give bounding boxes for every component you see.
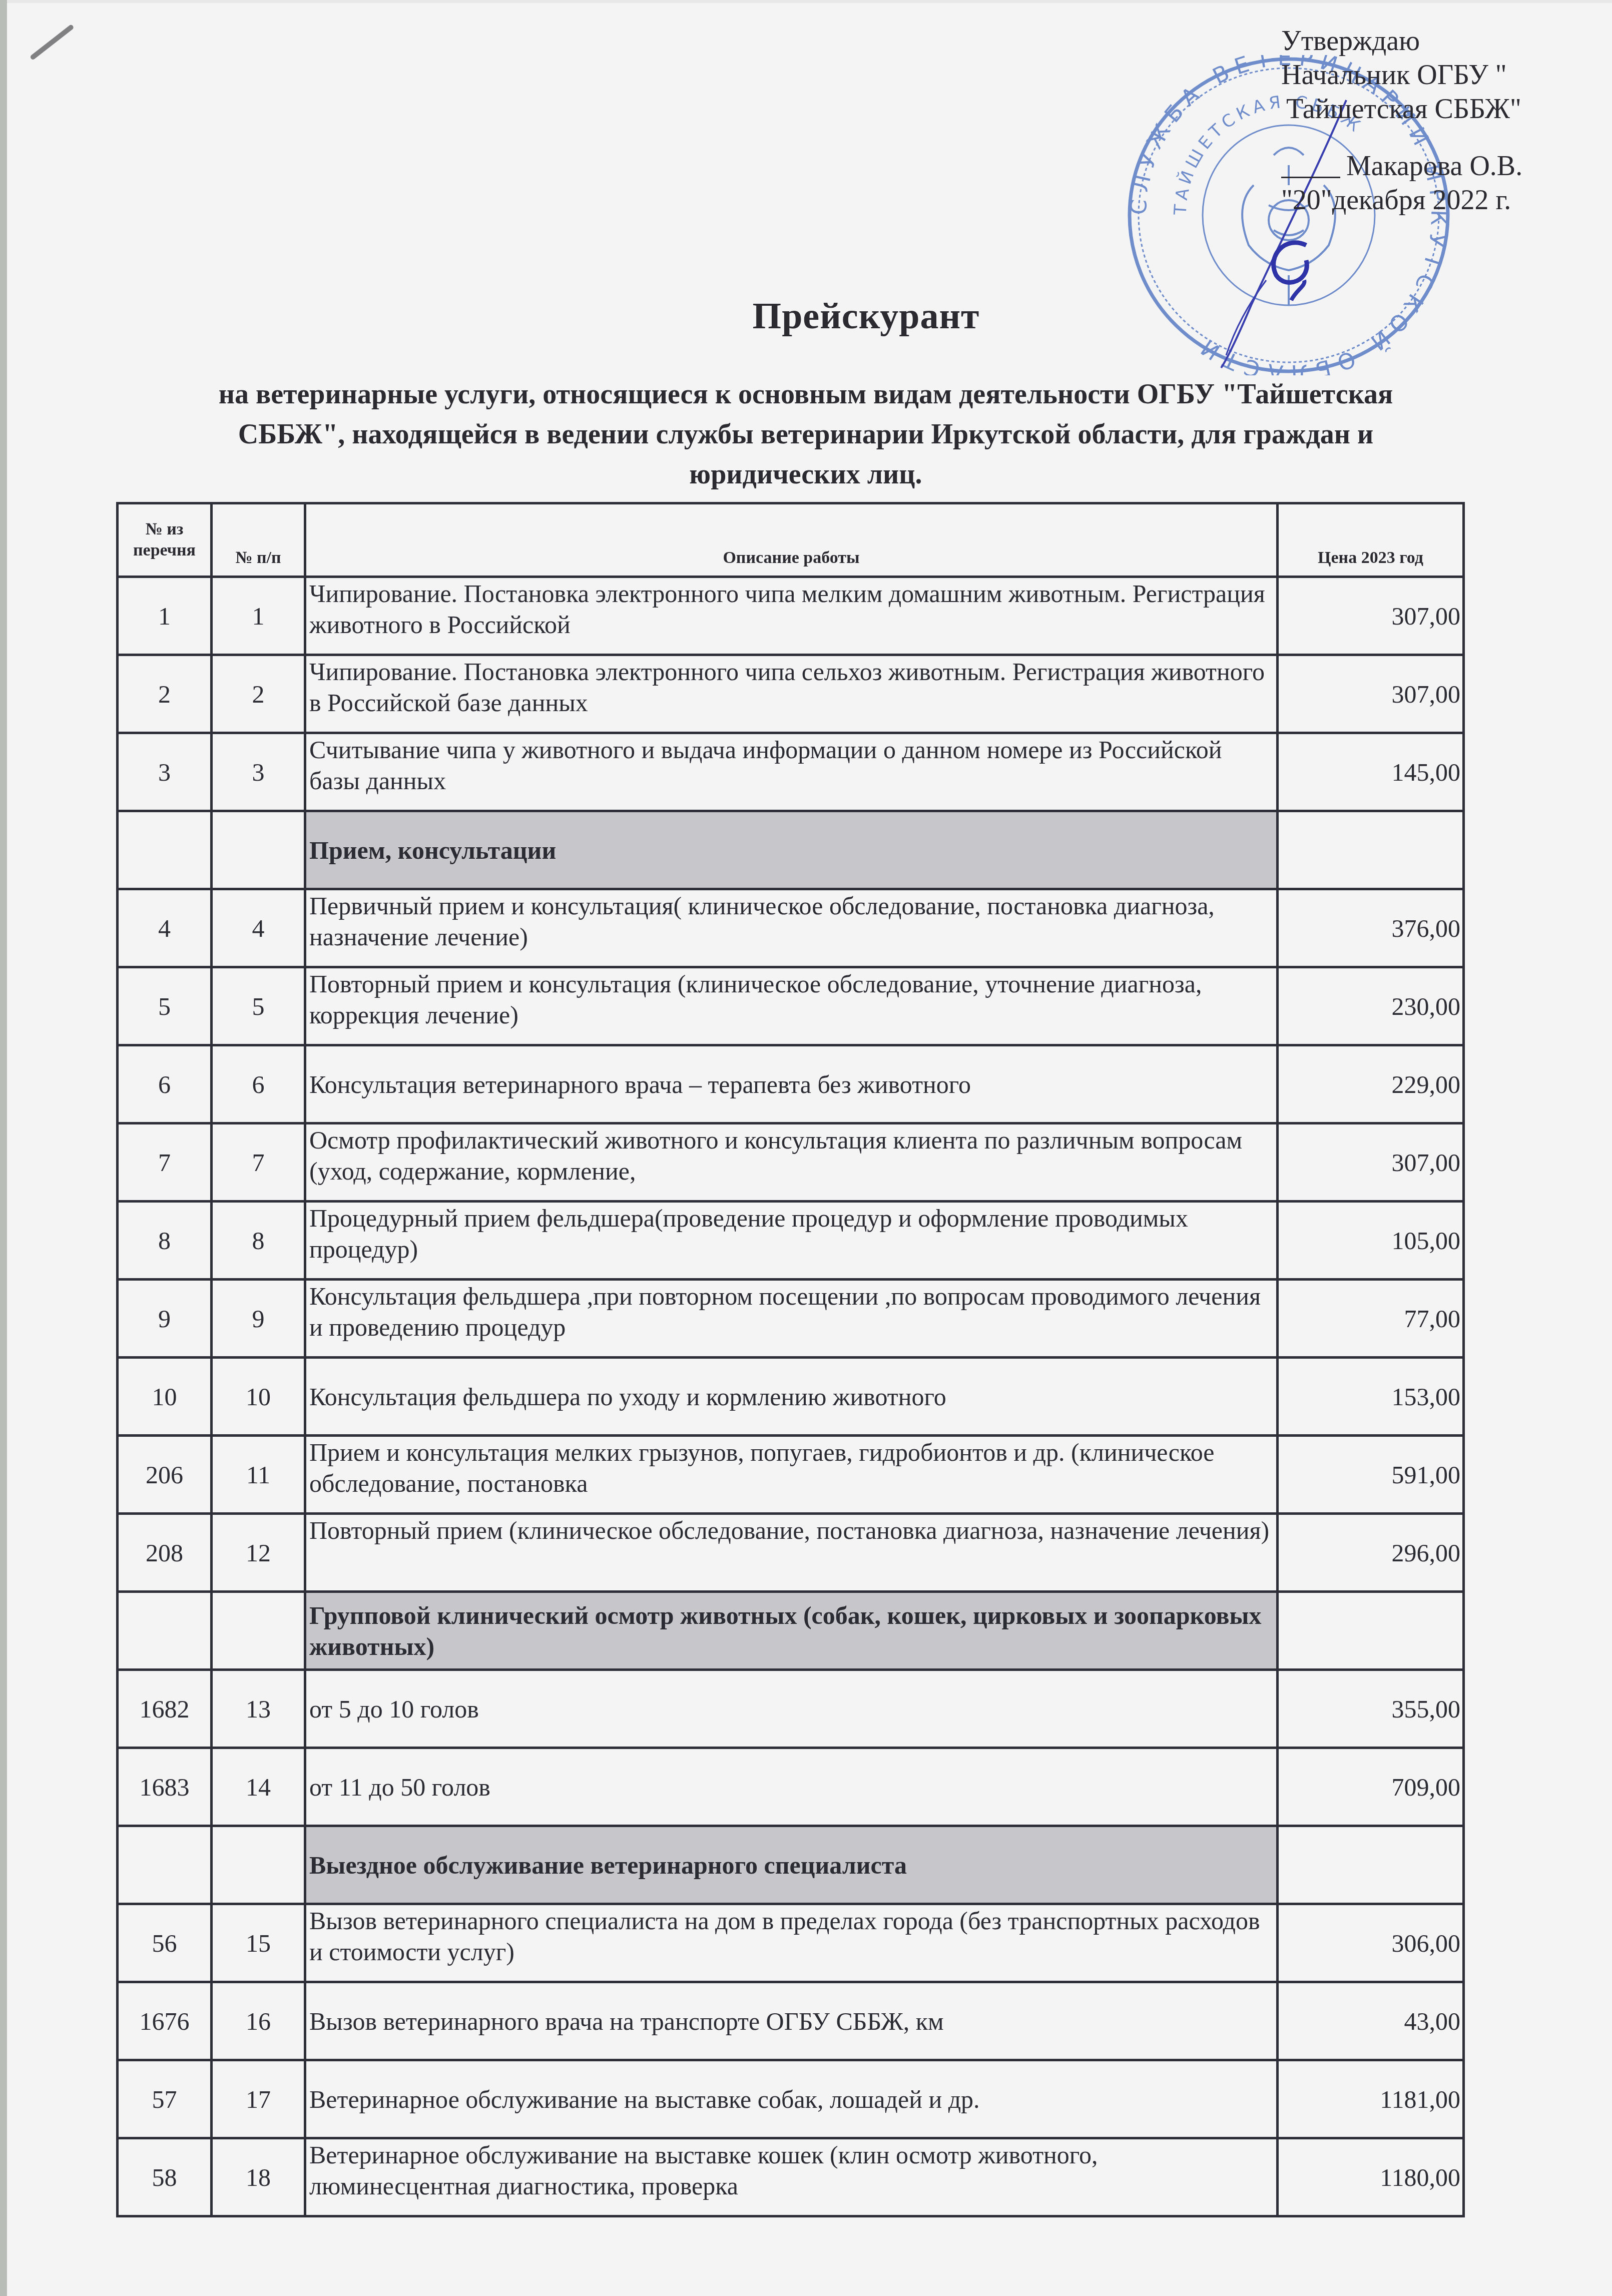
scan-page-edge [0,0,7,2296]
cell-list-number: 58 [118,2138,212,2216]
cell-seq-number: 4 [212,889,305,967]
cell-list-number: 1676 [118,1982,212,2060]
cell-price: 105,00 [1278,1202,1464,1280]
description-text: Повторный прием (клиническое обследовани… [309,1515,1276,1546]
cell-seq-number: 14 [212,1748,305,1826]
description-text: Чипирование. Постановка электронного чип… [309,578,1276,640]
cell-list-number: 3 [118,733,212,811]
description-text: Консультация фельдшера по уходу и кормле… [309,1381,1276,1412]
cell-price: 153,00 [1278,1358,1464,1436]
cell-seq-number: 18 [212,2138,305,2216]
table-row: 20812Повторный прием (клиническое обслед… [118,1514,1464,1592]
cell-price: 306,00 [1278,1904,1464,1982]
cell-price: 376,00 [1278,889,1464,967]
cell-price: 1180,00 [1278,2138,1464,2216]
cell-description: Групповой клинический осмотр животных (с… [305,1592,1278,1670]
cell-price: 229,00 [1278,1045,1464,1123]
cell-seq-number: 8 [212,1202,305,1280]
approval-signature-line: Макарова О.В. [1281,149,1601,183]
cell-seq-number: 16 [212,1982,305,2060]
cell-seq-number [212,811,305,889]
cell-list-number: 206 [118,1436,212,1514]
cell-seq-number: 17 [212,2060,305,2138]
cell-list-number: 6 [118,1045,212,1123]
table-row: 99Консультация фельдшера ,при повторном … [118,1280,1464,1358]
cell-description: Осмотр профилактический животного и конс… [305,1123,1278,1202]
approval-signatory: Макарова О.В. [1346,151,1522,182]
cell-list-number: 8 [118,1202,212,1280]
cell-description: Выездное обслуживание ветеринарного спец… [305,1826,1278,1904]
description-text: Процедурный прием фельдшера(проведение п… [309,1203,1276,1265]
table-row: 168213от 5 до 10 голов355,00 [118,1670,1464,1748]
cell-seq-number: 12 [212,1514,305,1592]
table-header-row: № из перечня № п/п Описание работы Цена … [118,503,1464,577]
cell-description: Консультация фельдшера ,при повторном по… [305,1280,1278,1358]
description-text: Чипирование. Постановка электронного чип… [309,656,1276,718]
cell-list-number: 1683 [118,1748,212,1826]
table-row: 11Чипирование. Постановка электронного ч… [118,577,1464,655]
cell-list-number: 2 [118,655,212,733]
table-row: 168314от 11 до 50 голов709,00 [118,1748,1464,1826]
description-text: Считывание чипа у животного и выдача инф… [309,734,1276,796]
cell-seq-number: 5 [212,967,305,1045]
description-text: Ветеринарное обслуживание на выставке ко… [309,2139,1276,2201]
cell-list-number: 4 [118,889,212,967]
cell-seq-number: 10 [212,1358,305,1436]
cell-list-number: 1682 [118,1670,212,1748]
section-header-row: Выездное обслуживание ветеринарного спец… [118,1826,1464,1904]
cell-description: от 5 до 10 голов [305,1670,1278,1748]
table-row: 5615Вызов ветеринарного специалиста на д… [118,1904,1464,1982]
cell-seq-number: 2 [212,655,305,733]
price-list-table: № из перечня № п/п Описание работы Цена … [116,502,1465,2217]
cell-list-number [118,1826,212,1904]
approval-date: "20"декабря 2022 г. [1281,183,1601,217]
description-text: Повторный прием и консультация (клиничес… [309,968,1276,1030]
cell-price: 307,00 [1278,577,1464,655]
cell-description: Консультация фельдшера по уходу и кормле… [305,1358,1278,1436]
description-text: Выездное обслуживание ветеринарного спец… [309,1850,1276,1881]
cell-price: 355,00 [1278,1670,1464,1748]
cell-seq-number: 6 [212,1045,305,1123]
cell-description: от 11 до 50 голов [305,1748,1278,1826]
description-text: Первичный прием и консультация( клиничес… [309,890,1276,952]
cell-seq-number: 3 [212,733,305,811]
header-price: Цена 2023 год [1278,503,1464,577]
description-text: Вызов ветеринарного врача на транспорте … [309,2006,1276,2037]
cell-price: 77,00 [1278,1280,1464,1358]
description-text: от 11 до 50 голов [309,1772,1276,1803]
cell-description: Прием и консультация мелких грызунов, по… [305,1436,1278,1514]
cell-list-number: 208 [118,1514,212,1592]
document-subtitle: на ветеринарные услуги, относящиеся к ос… [165,374,1446,494]
approval-block: Утверждаю Начальник ОГБУ " Тайшетская СБ… [1281,24,1601,217]
cell-seq-number: 9 [212,1280,305,1358]
cell-seq-number: 13 [212,1670,305,1748]
cell-list-number: 56 [118,1904,212,1982]
section-header-row: Прием, консультации [118,811,1464,889]
description-text: от 5 до 10 голов [309,1693,1276,1725]
table-row: 1010Консультация фельдшера по уходу и ко… [118,1358,1464,1436]
table-row: 5818Ветеринарное обслуживание на выставк… [118,2138,1464,2216]
cell-price: 296,00 [1278,1514,1464,1592]
table-row: 5717Ветеринарное обслуживание на выставк… [118,2060,1464,2138]
cell-price: 230,00 [1278,967,1464,1045]
description-text: Групповой клинический осмотр животных (с… [309,1600,1276,1662]
cell-description: Процедурный прием фельдшера(проведение п… [305,1202,1278,1280]
cell-description: Вызов ветеринарного специалиста на дом в… [305,1904,1278,1982]
section-header-row: Групповой клинический осмотр животных (с… [118,1592,1464,1670]
description-text: Прием, консультации [309,835,1276,866]
description-text: Вызов ветеринарного специалиста на дом в… [309,1905,1276,1967]
cell-seq-number: 11 [212,1436,305,1514]
cell-price [1278,811,1464,889]
cell-description: Ветеринарное обслуживание на выставке со… [305,2060,1278,2138]
table-row: 88Процедурный прием фельдшера(проведение… [118,1202,1464,1280]
table-row: 22Чипирование. Постановка электронного ч… [118,655,1464,733]
cell-list-number: 10 [118,1358,212,1436]
cell-description: Чипирование. Постановка электронного чип… [305,577,1278,655]
description-text: Осмотр профилактический животного и конс… [309,1124,1276,1187]
table-row: 33Считывание чипа у животного и выдача и… [118,733,1464,811]
document-title: Прейскурант [0,295,1612,338]
cell-price: 1181,00 [1278,2060,1464,2138]
cell-price [1278,1826,1464,1904]
cell-list-number [118,1592,212,1670]
approval-position-line1: Начальник ОГБУ " [1281,58,1601,92]
cell-description: Повторный прием (клиническое обследовани… [305,1514,1278,1592]
cell-price: 307,00 [1278,1123,1464,1202]
table-row: 77Осмотр профилактический животного и ко… [118,1123,1464,1202]
cell-price: 709,00 [1278,1748,1464,1826]
table-row: 167616Вызов ветеринарного врача на транс… [118,1982,1464,2060]
cell-price: 43,00 [1278,1982,1464,2060]
description-text: Ветеринарное обслуживание на выставке со… [309,2084,1276,2115]
header-description: Описание работы [305,503,1278,577]
approval-heading: Утверждаю [1281,24,1601,58]
cell-description: Повторный прием и консультация (клиничес… [305,967,1278,1045]
approval-position-line2: Тайшетская СББЖ" [1281,92,1601,126]
signature-underline [1281,177,1340,178]
cell-price: 591,00 [1278,1436,1464,1514]
cell-seq-number: 1 [212,577,305,655]
cell-description: Прием, консультации [305,811,1278,889]
description-text: Прием и консультация мелких грызунов, по… [309,1437,1276,1499]
description-text: Консультация фельдшера ,при повторном по… [309,1281,1276,1343]
staple-mark [30,24,75,61]
cell-list-number: 57 [118,2060,212,2138]
page-top-edge [0,0,1612,3]
cell-description: Чипирование. Постановка электронного чип… [305,655,1278,733]
cell-seq-number: 15 [212,1904,305,1982]
table-row: 66Консультация ветеринарного врача – тер… [118,1045,1464,1123]
cell-description: Считывание чипа у животного и выдача инф… [305,733,1278,811]
cell-list-number: 7 [118,1123,212,1202]
cell-list-number: 1 [118,577,212,655]
cell-price: 307,00 [1278,655,1464,733]
cell-price [1278,1592,1464,1670]
table-row: 20611Прием и консультация мелких грызуно… [118,1436,1464,1514]
description-text: Консультация ветеринарного врача – терап… [309,1069,1276,1100]
cell-description: Консультация ветеринарного врача – терап… [305,1045,1278,1123]
header-list-number: № из перечня [118,503,212,577]
cell-list-number: 9 [118,1280,212,1358]
cell-description: Ветеринарное обслуживание на выставке ко… [305,2138,1278,2216]
cell-description: Первичный прием и консультация( клиничес… [305,889,1278,967]
cell-list-number [118,811,212,889]
header-seq-number: № п/п [212,503,305,577]
cell-description: Вызов ветеринарного врача на транспорте … [305,1982,1278,2060]
cell-seq-number: 7 [212,1123,305,1202]
cell-list-number: 5 [118,967,212,1045]
cell-seq-number [212,1592,305,1670]
cell-price: 145,00 [1278,733,1464,811]
cell-seq-number [212,1826,305,1904]
table-row: 44Первичный прием и консультация( клинич… [118,889,1464,967]
table-row: 55Повторный прием и консультация (клинич… [118,967,1464,1045]
